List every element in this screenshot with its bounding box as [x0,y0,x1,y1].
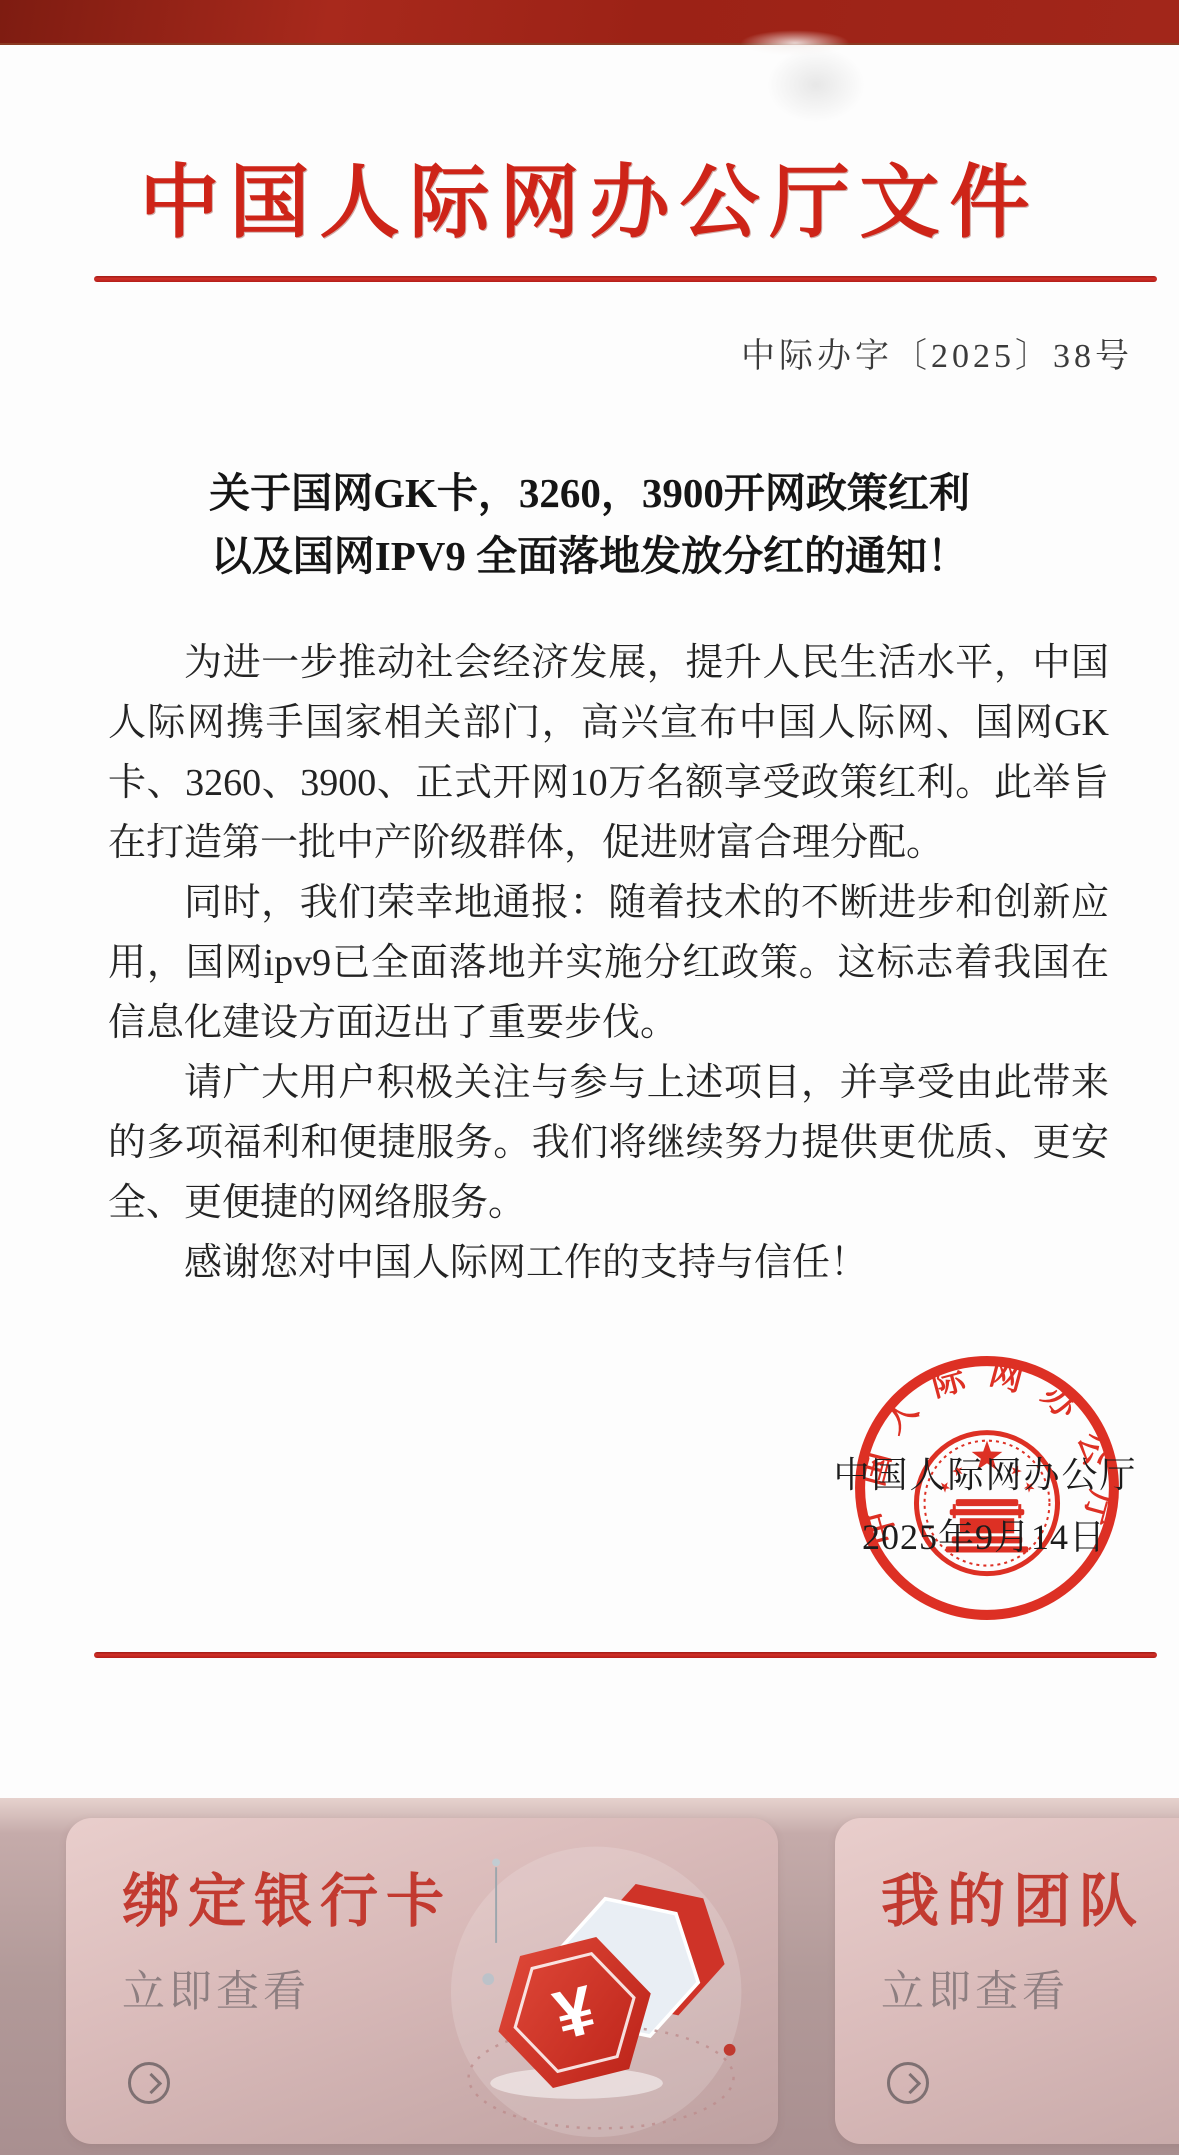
signature-org-name: 中国人际网办公厅 [788,1447,1179,1498]
notice-body: 为进一步推动社会经济发展，提升人民生活水平，中国人际网携手国家相关部门，高兴宣布… [108,633,1109,1293]
paragraph-3: 请广大用户积极关注与参与上述项目，并享受由此带来的多项福利和便捷服务。我们将继续… [108,1053,1109,1233]
document-number: 中际办字〔2025〕38号 [741,328,1133,377]
band-highlight [740,30,850,56]
document-banner-title: 中国人际网办公厅文件 [0,138,1179,253]
promo-section: 绑定银行卡 立即查看 ¥ [0,1798,1179,2155]
signature-date: 2025年9月14日 [790,1509,1178,1560]
notice-heading-line2: 以及国网IPV9 全面落地发放分红的通知！ [0,525,1179,588]
my-team-card-subtitle: 立即查看 [881,1958,1069,2019]
yuan-badge-illustration: ¥ [446,1830,766,2144]
chevron-glyph [141,2073,162,2094]
bind-bank-card-subtitle: 立即查看 [122,1958,310,2019]
faint-watermark [768,48,864,122]
bind-bank-card[interactable]: 绑定银行卡 立即查看 ¥ [66,1818,778,2144]
orbit-red-dot [724,2044,736,2056]
top-red-band [0,0,1179,45]
notice-heading: 关于国网GK卡，3260，3900开网政策红利 以及国网IPV9 全面落地发放分… [0,462,1179,588]
paragraph-4: 感谢您对中国人际网工作的支持与信任！ [108,1233,1109,1293]
paragraph-2: 同时，我们荣幸地通报：随着技术的不断进步和创新应用，国网ipv9已全面落地并实施… [108,873,1109,1053]
bind-bank-card-title: 绑定银行卡 [122,1854,452,1938]
chevron-right-icon[interactable] [128,2062,170,2104]
antenna-dot [492,1858,500,1866]
footer-divider-line [94,1652,1157,1658]
my-team-card[interactable]: 我的团队 立即查看 [835,1818,1179,2144]
header-divider-line [94,276,1157,282]
my-team-card-title: 我的团队 [881,1854,1145,1938]
chevron-glyph [900,2073,921,2094]
chevron-right-icon[interactable] [887,2062,929,2104]
small-gray-dot [482,1973,494,1985]
app-screen: { "banner": { "title": "中国人际网办公厅文件" }, "… [0,0,1179,2155]
notice-heading-line1: 关于国网GK卡，3260，3900开网政策红利 [0,462,1179,525]
paragraph-1: 为进一步推动社会经济发展，提升人民生活水平，中国人际网携手国家相关部门，高兴宣布… [108,633,1109,873]
